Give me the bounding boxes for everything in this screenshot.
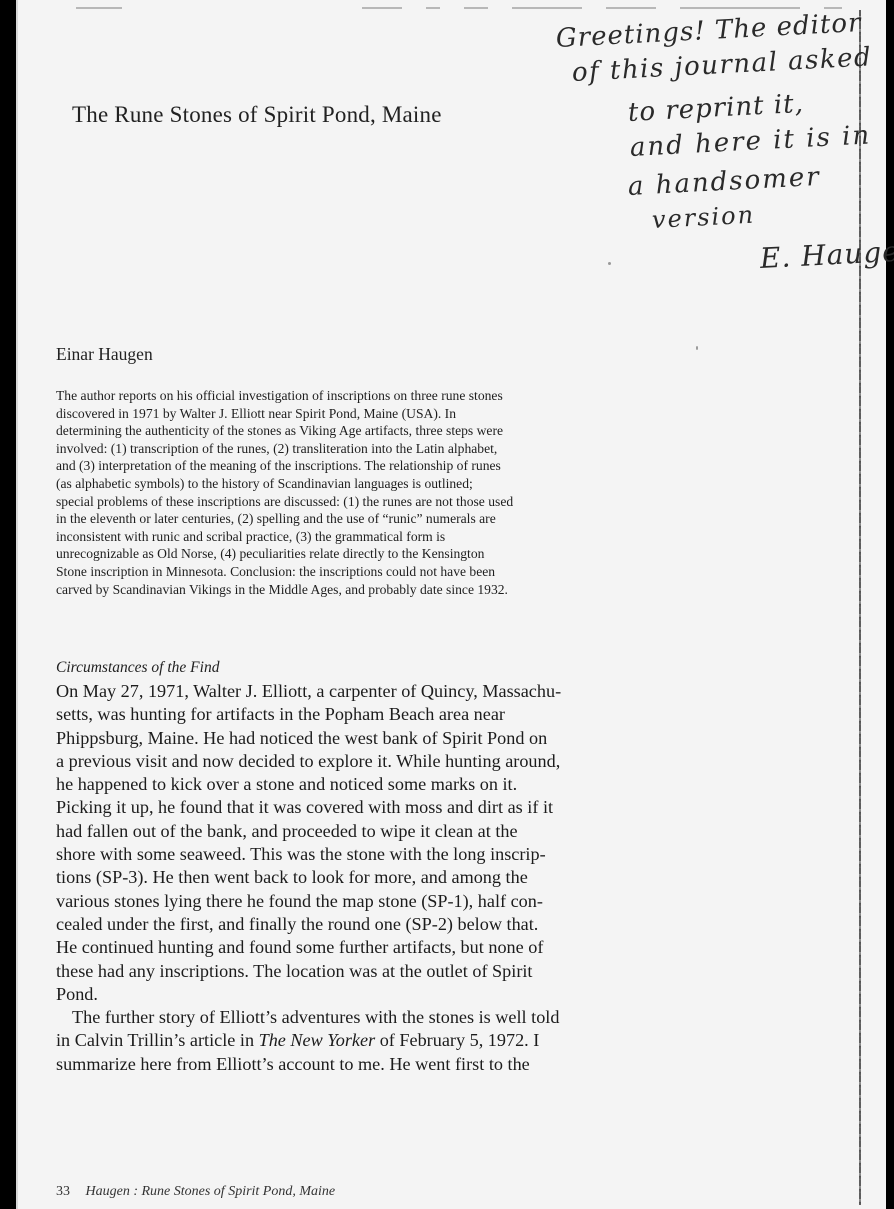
body-line: On May 27, 1971, Walter J. Elliott, a ca… — [56, 680, 856, 703]
body-line: The further story of Elliott’s adventure… — [56, 1006, 856, 1029]
abstract-line: inconsistent with runic and scribal prac… — [56, 528, 856, 546]
author-name: Einar Haugen — [56, 344, 153, 365]
body-line: he happened to kick over a stone and not… — [56, 773, 856, 796]
handwritten-line: Greetings! The editor — [555, 8, 862, 54]
page-footer: 33 Haugen : Rune Stones of Spirit Pond, … — [56, 1184, 335, 1200]
abstract-line: and (3) interpretation of the meaning of… — [56, 457, 856, 475]
handwritten-line: a handsomer — [627, 162, 821, 202]
abstract-line: determining the authenticity of the ston… — [56, 422, 856, 440]
body-line: He continued hunting and found some furt… — [56, 936, 856, 959]
body-line: setts, was hunting for artifacts in the … — [56, 703, 856, 726]
handwritten-signature: E. Haugen — [759, 234, 894, 275]
body-line: summarize here from Elliott’s account to… — [56, 1053, 856, 1076]
section-heading: Circumstances of the Find — [56, 659, 219, 677]
body-line: various stones lying there he found the … — [56, 890, 856, 913]
handwritten-note: Greetings! The editor of this journal as… — [16, 0, 886, 320]
handwritten-line: version — [651, 201, 755, 234]
abstract-line: discovered in 1971 by Walter J. Elliott … — [56, 405, 856, 423]
scanned-page: The Rune Stones of Spirit Pond, Maine Gr… — [16, 0, 886, 1209]
body-line: Pond. — [56, 983, 856, 1006]
body-line: had fallen out of the bank, and proceede… — [56, 820, 856, 843]
body-text-span: of February 5, 1972. I — [375, 1030, 539, 1050]
abstract-line: Stone inscription in Minnesota. Conclusi… — [56, 563, 856, 581]
body-line: a previous visit and now decided to expl… — [56, 750, 856, 773]
abstract-line: unrecognizable as Old Norse, (4) peculia… — [56, 545, 856, 563]
abstract-line: The author reports on his official inves… — [56, 387, 856, 405]
abstract-line: special problems of these inscriptions a… — [56, 493, 856, 511]
body-line: cealed under the first, and finally the … — [56, 913, 856, 936]
publication-title: The New Yorker — [259, 1030, 376, 1050]
right-margin-rule — [859, 10, 861, 1205]
abstract-line: carved by Scandinavian Vikings in the Mi… — [56, 581, 856, 599]
running-head: Haugen : Rune Stones of Spirit Pond, Mai… — [86, 1184, 336, 1199]
body-line: shore with some seaweed. This was the st… — [56, 843, 856, 866]
body-text: On May 27, 1971, Walter J. Elliott, a ca… — [56, 680, 856, 1076]
body-line: these had any inscriptions. The location… — [56, 960, 856, 983]
scan-speck — [608, 262, 611, 265]
handwritten-line: to reprint it, — [627, 89, 804, 128]
body-line: Picking it up, he found that it was cove… — [56, 796, 856, 819]
scan-header-artifacts — [76, 4, 876, 12]
body-line: tions (SP-3). He then went back to look … — [56, 866, 856, 889]
abstract-line: involved: (1) transcription of the runes… — [56, 440, 856, 458]
handwritten-line: of this journal asked — [571, 42, 873, 88]
abstract-line: (as alphabetic symbols) to the history o… — [56, 475, 856, 493]
page-left-edge — [16, 0, 18, 1209]
page-number: 33 — [56, 1184, 70, 1199]
abstract: The author reports on his official inves… — [56, 387, 856, 598]
scan-speck — [696, 346, 698, 350]
article-title: The Rune Stones of Spirit Pond, Maine — [72, 102, 442, 128]
body-line: Phippsburg, Maine. He had noticed the we… — [56, 727, 856, 750]
abstract-line: in the eleventh or later centuries, (2) … — [56, 510, 856, 528]
body-text-span: in Calvin Trillin’s article in — [56, 1030, 259, 1050]
body-line: in Calvin Trillin’s article in The New Y… — [56, 1029, 856, 1052]
handwritten-line: and here it is in — [629, 120, 872, 163]
